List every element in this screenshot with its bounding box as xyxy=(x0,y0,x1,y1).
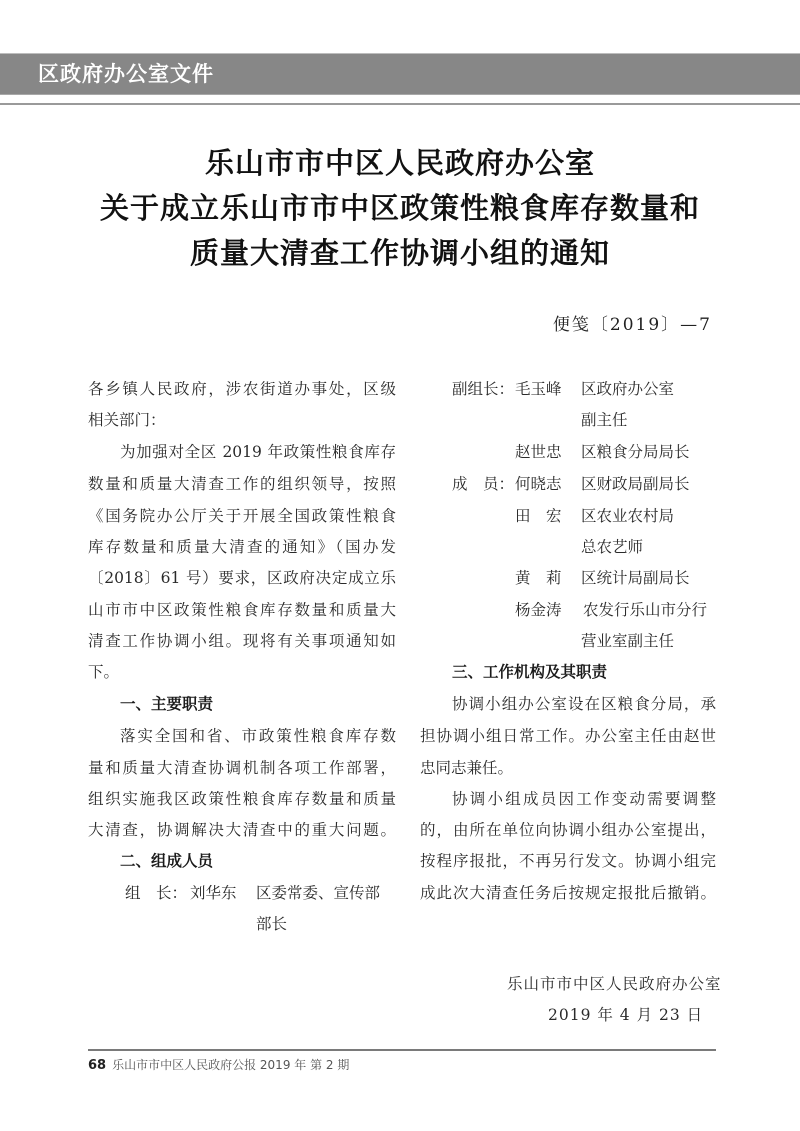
body-line: 成此次大清查任务后按规定报批后撤销。 xyxy=(420,883,716,903)
footer-divider xyxy=(88,1049,716,1051)
body-line: 为加强对全区 2019 年政策性粮食库存 xyxy=(120,442,396,462)
document-title-line-1: 乐山市市中区人民政府办公室 xyxy=(0,143,800,183)
member-name: 毛玉峰 xyxy=(515,379,562,399)
body-line: 的，由所在单位向协调小组办公室提出， xyxy=(420,820,716,840)
issuer-signature: 乐山市市中区人民政府办公室 xyxy=(507,972,722,994)
section-header-band: 区政府办公室文件 xyxy=(0,53,800,95)
body-line: 担协调小组日常工作。办公室主任由赵世 xyxy=(420,726,716,746)
body-line: 〔2018〕61 号）要求，区政府决定成立乐 xyxy=(88,568,396,588)
body-line: 库存数量和质量大清查的通知》（国办发 xyxy=(88,537,396,557)
body-line: 按程序报批，不再另行发文。协调小组完 xyxy=(420,851,716,871)
section-heading-1: 一、主要职责 xyxy=(120,694,428,714)
page-number: 68 xyxy=(88,1058,106,1073)
body-line: 下。 xyxy=(88,662,396,682)
member-name: 田 宏 xyxy=(515,506,562,526)
member-title: 区统计局副局长 xyxy=(581,568,690,588)
footer: 68乐山市市中区人民政府公报 2019 年 第 2 期 xyxy=(88,1056,349,1073)
member-title: 区财政局副局长 xyxy=(581,474,690,494)
section-heading-3: 三、工作机构及其职责 xyxy=(452,662,748,682)
member-role: 成 员： xyxy=(452,474,514,494)
body-line: 组织实施我区政策性粮食库存数量和质量 xyxy=(88,789,396,809)
member-title: 区农业农村局 xyxy=(581,506,674,526)
body-line: 大清查，协调解决大清查中的重大问题。 xyxy=(88,820,396,840)
body-line: 数量和质量大清查工作的组织领导，按照 xyxy=(88,474,396,494)
member-title: 区委常委、宣传部 xyxy=(256,883,380,903)
body-line: 协调小组成员因工作变动需要调整 xyxy=(452,789,716,809)
body-line: 协调小组办公室设在区粮食分局，承 xyxy=(452,694,716,714)
body-line: 《国务院办公厅关于开展全国政策性粮食 xyxy=(88,506,396,526)
member-name: 刘华东 xyxy=(190,883,237,903)
member-name: 赵世忠 xyxy=(515,442,562,462)
document-number: 便笺〔2019〕—7 xyxy=(553,310,712,335)
body-line: 相关部门： xyxy=(88,410,396,430)
section-title: 区政府办公室文件 xyxy=(38,60,214,88)
member-title: 部长 xyxy=(256,914,287,934)
member-title: 区粮食分局局长 xyxy=(581,442,690,462)
member-title: 区政府办公室 xyxy=(581,379,674,399)
member-name: 杨金涛 xyxy=(515,600,562,620)
member-name: 何晓志 xyxy=(515,474,562,494)
body-line: 清查工作协调小组。现将有关事项通知如 xyxy=(88,631,396,651)
body-line: 落实全国和省、市政策性粮食库存数 xyxy=(120,726,396,746)
member-title: 农发行乐山市分行 xyxy=(583,600,707,620)
section-heading-2: 二、组成人员 xyxy=(120,851,428,871)
publication-name: 乐山市市中区人民政府公报 2019 年 第 2 期 xyxy=(112,1058,349,1072)
header-divider xyxy=(0,103,800,105)
member-name: 黄 莉 xyxy=(515,568,562,588)
document-title-line-2: 关于成立乐山市市中区政策性粮食库存数量和 xyxy=(0,188,800,228)
issue-date: 2019 年 4 月 23 日 xyxy=(548,1003,703,1025)
member-role: 副组长： xyxy=(452,379,514,399)
document-title-line-3: 质量大清查工作协调小组的通知 xyxy=(0,233,800,273)
member-title: 副主任 xyxy=(581,410,628,430)
body-line: 量和质量大清查协调机制各项工作部署， xyxy=(88,758,396,778)
body-line: 山市市中区政策性粮食库存数量和质量大 xyxy=(88,600,396,620)
body-line: 忠同志兼任。 xyxy=(420,758,716,778)
member-title: 总农艺师 xyxy=(581,537,643,557)
body-line: 各乡镇人民政府，涉农街道办事处，区级 xyxy=(88,379,396,399)
member-title: 营业室副主任 xyxy=(581,631,674,651)
member-role: 组 长： xyxy=(125,883,187,903)
